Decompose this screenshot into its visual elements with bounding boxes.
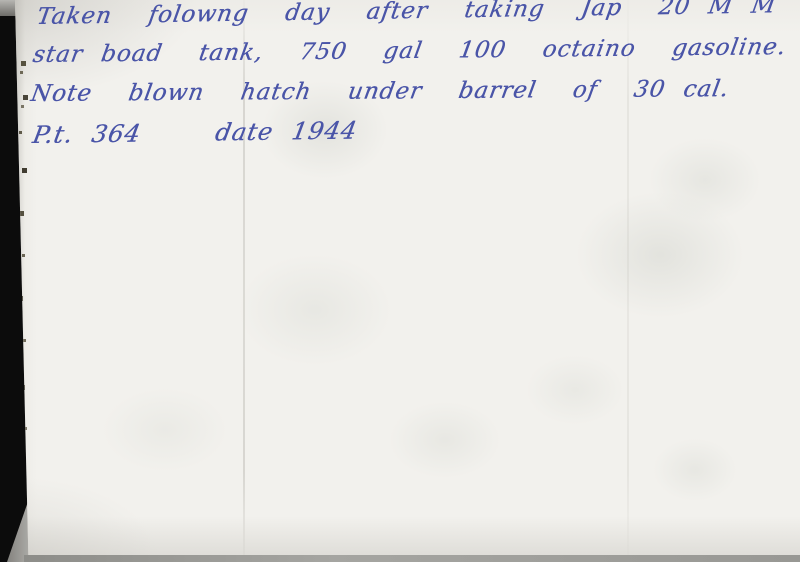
photo-paper-back: Taken folowng day after taking Jap 20 M … — [15, 0, 800, 555]
scan-bottom-edge-band — [24, 555, 800, 562]
paper-edge-specks — [15, 0, 18, 3]
handwritten-line-3: Note blown hatch under barrel of 30 cal. — [29, 75, 732, 109]
handwritten-line-4: P.t. 364 date 1944 — [30, 115, 360, 150]
photo-scan: Taken folowng day after taking Jap 20 M … — [0, 0, 800, 562]
